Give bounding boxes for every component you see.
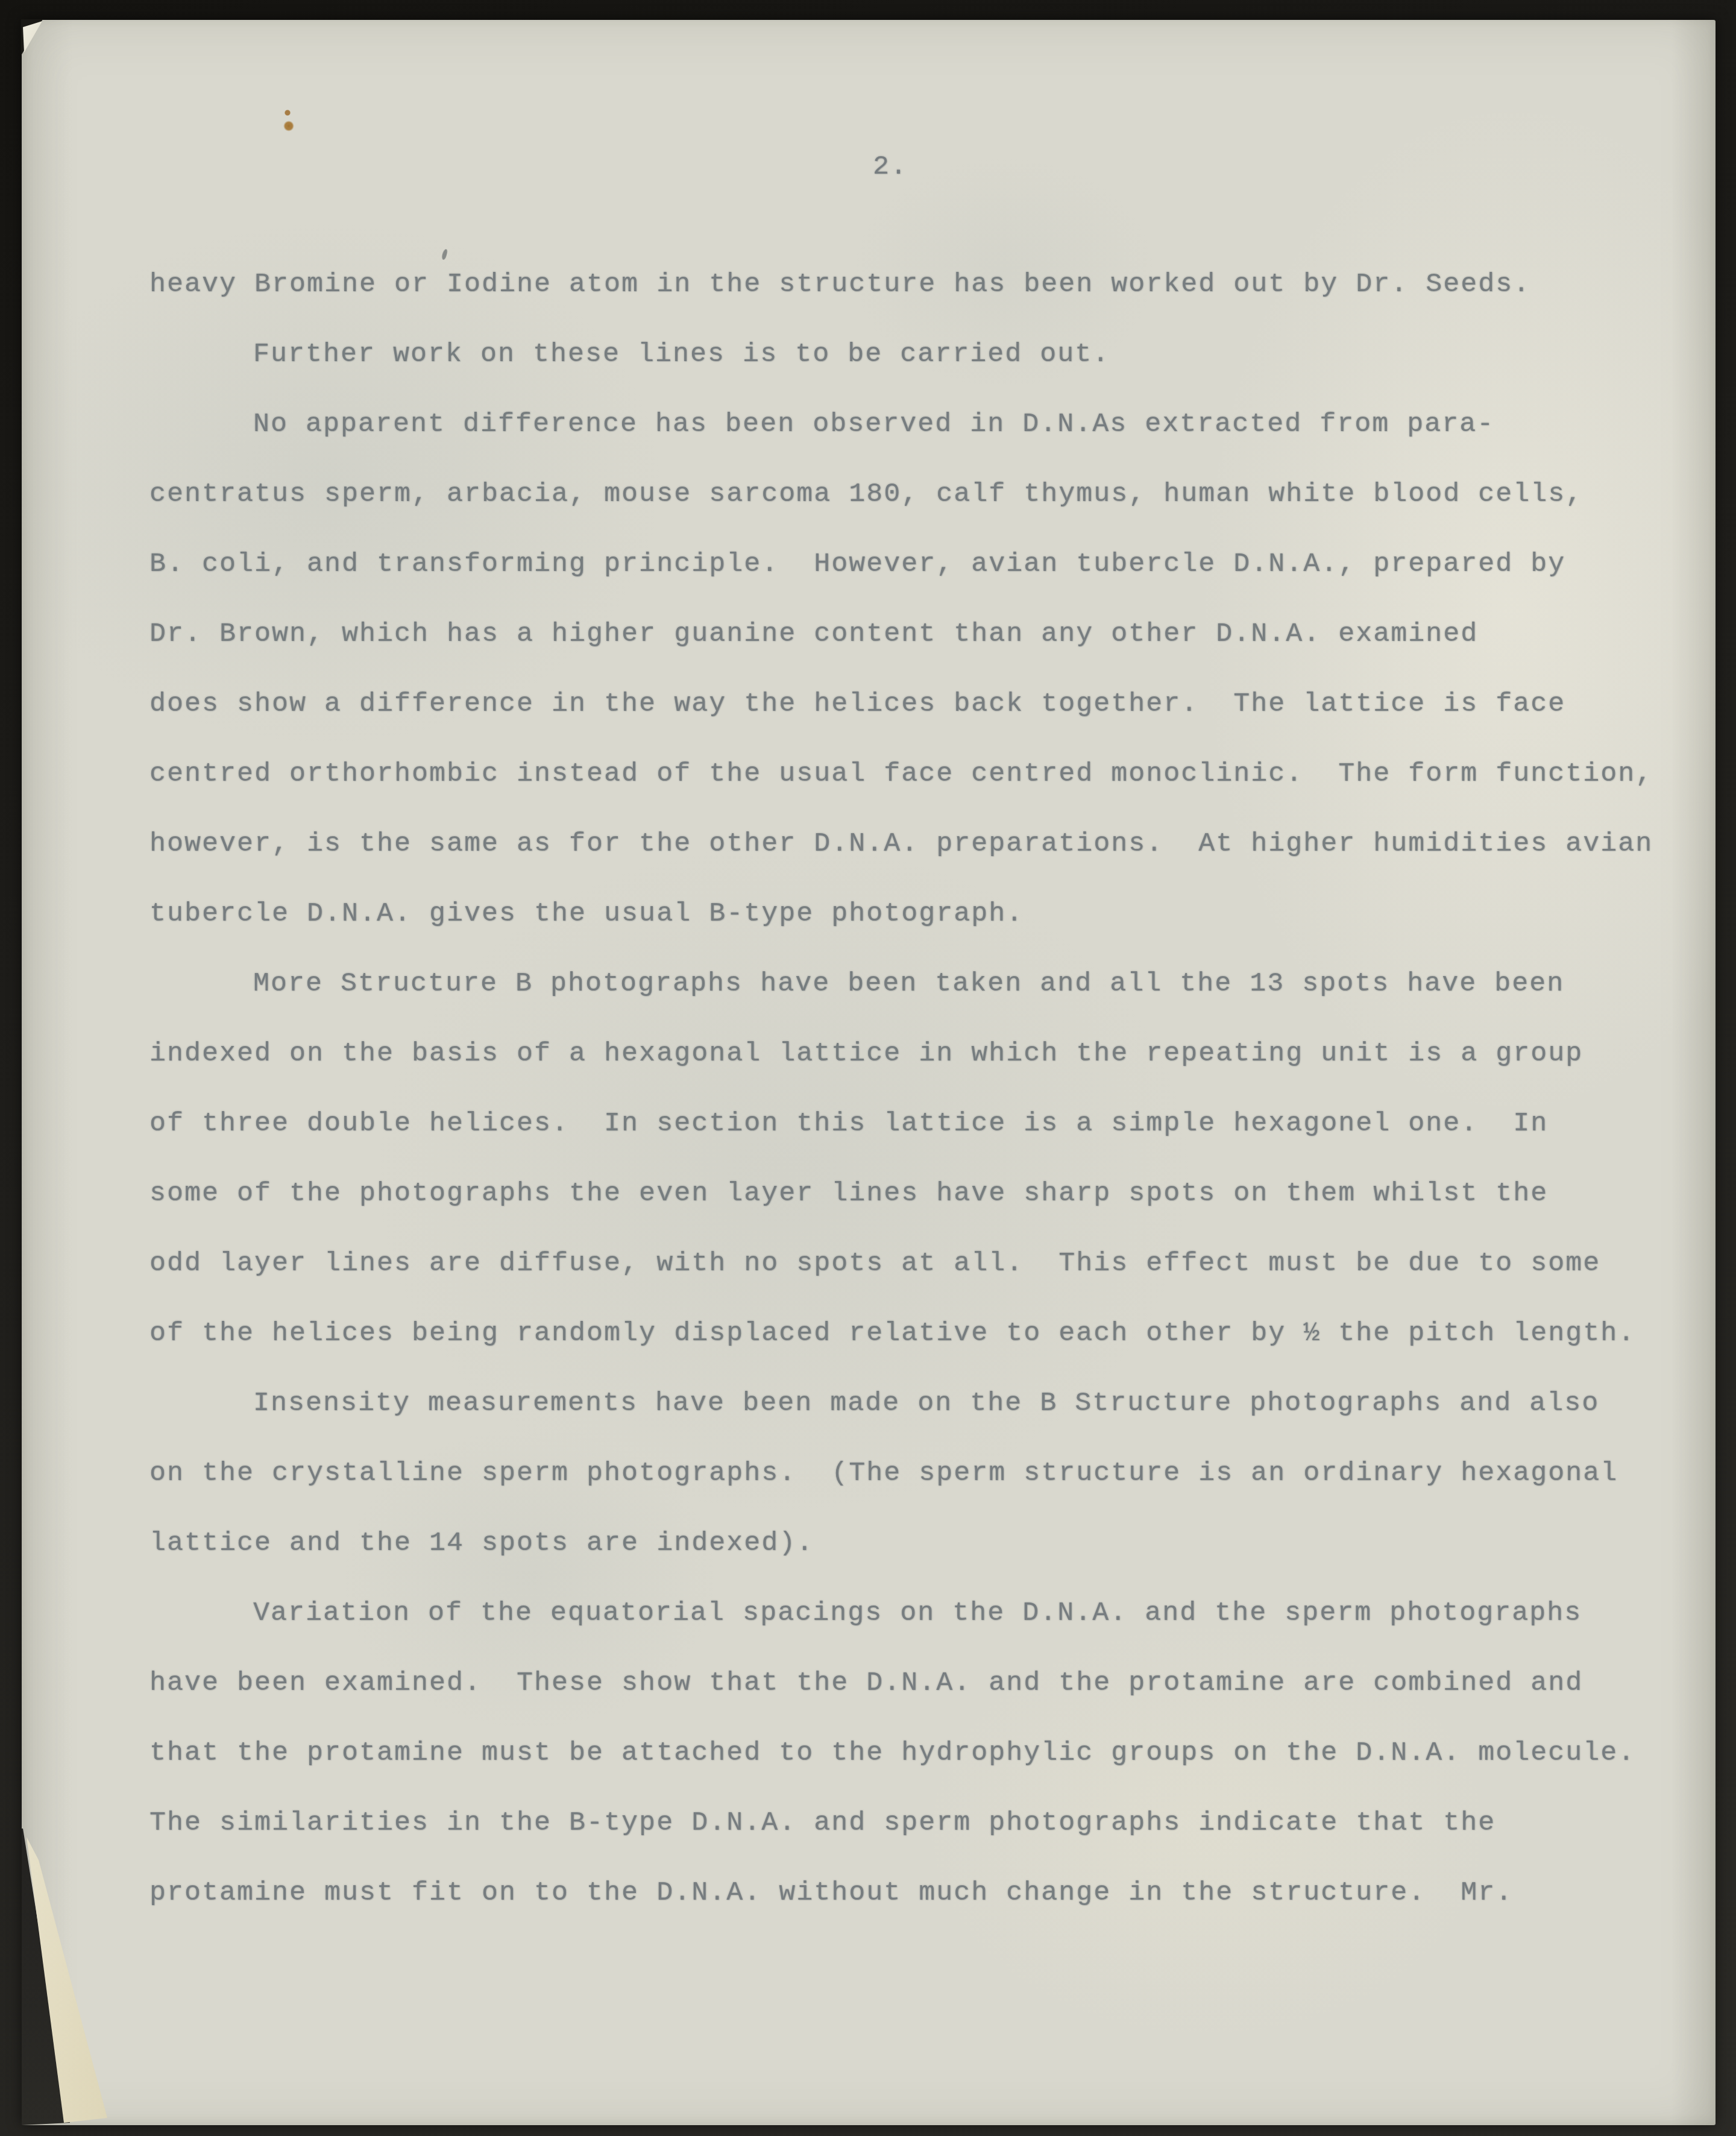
folded-corner xyxy=(23,21,54,61)
typed-line: heavy Bromine or Iodine atom in the stru… xyxy=(149,250,1653,320)
page-number: 2. xyxy=(873,132,908,202)
typed-line: does show a difference in the way the he… xyxy=(149,669,1653,739)
typed-line: No apparent difference has been observed… xyxy=(149,389,1653,459)
typed-line: protamine must fit on to the D.N.A. with… xyxy=(149,1858,1653,1928)
typed-line: have been examined. These show that the … xyxy=(149,1648,1653,1718)
typed-line: Dr. Brown, which has a higher guanine co… xyxy=(149,599,1653,669)
typed-line: tubercle D.N.A. gives the usual B-type p… xyxy=(149,879,1653,949)
rust-stain xyxy=(281,107,299,139)
typed-line: More Structure B photographs have been t… xyxy=(149,949,1653,1019)
typed-line: lattice and the 14 spots are indexed). xyxy=(149,1508,1653,1578)
typed-line: centred orthorhombic instead of the usua… xyxy=(149,739,1653,809)
typed-line: Insensity measurements have been made on… xyxy=(149,1369,1653,1438)
typed-line: of the helices being randomly displaced … xyxy=(149,1299,1653,1369)
typed-line: Further work on these lines is to be car… xyxy=(149,320,1653,389)
typed-text-block: heavy Bromine or Iodine atom in the stru… xyxy=(149,250,1653,1928)
typed-line: The similarities in the B-type D.N.A. an… xyxy=(149,1788,1653,1858)
document-page: 2. heavy Bromine or Iodine atom in the s… xyxy=(22,20,1716,2125)
typed-line: some of the photographs the even layer l… xyxy=(149,1159,1653,1229)
typed-line: that the protamine must be attached to t… xyxy=(149,1718,1653,1788)
typed-line: on the crystalline sperm photographs. (T… xyxy=(149,1438,1653,1508)
typed-line: of three double helices. In section this… xyxy=(149,1089,1653,1159)
typed-line: odd layer lines are diffuse, with no spo… xyxy=(149,1229,1653,1299)
typed-line: indexed on the basis of a hexagonal latt… xyxy=(149,1019,1653,1089)
photo-backdrop: { "page": { "number_label": "2." }, "doc… xyxy=(0,0,1736,2136)
typed-line: Variation of the equatorial spacings on … xyxy=(149,1578,1653,1648)
typed-line: however, is the same as for the other D.… xyxy=(149,809,1653,879)
typed-line: centratus sperm, arbacia, mouse sarcoma … xyxy=(149,459,1653,529)
typed-line: B. coli, and transforming principle. How… xyxy=(149,529,1653,599)
